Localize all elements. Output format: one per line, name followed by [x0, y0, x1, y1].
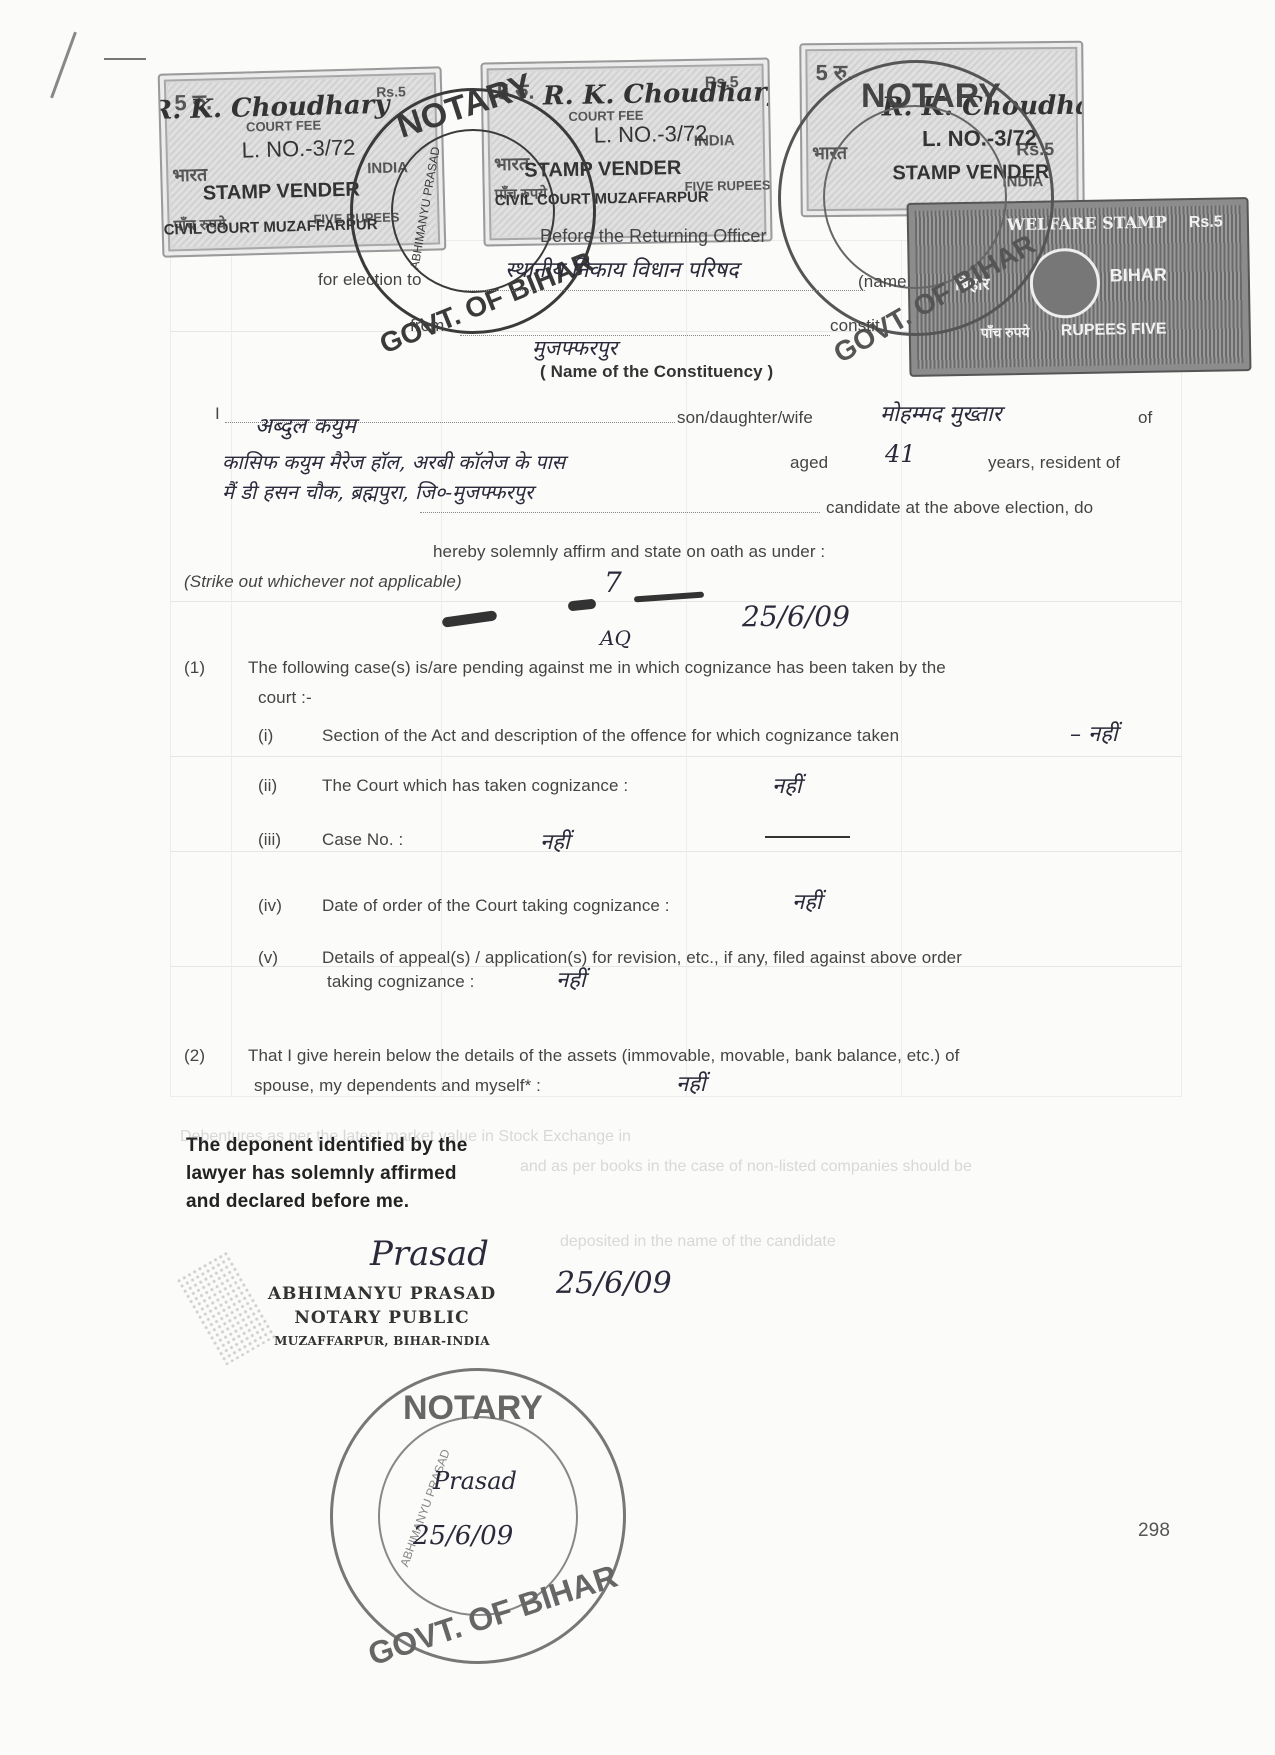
i-label: I [215, 404, 220, 424]
notary-signature: Prasad [370, 1234, 489, 1274]
item-number: (1) [184, 658, 248, 678]
sub-item-v-continued: taking cognizance : [327, 972, 474, 992]
sub-item-i: (i)Section of the Act and description of… [258, 726, 899, 746]
page-number: 298 [1138, 1520, 1170, 1542]
address-line-1: कासिफ कयुम मैरेज हॉल, अरबी कॉलेज के पास [222, 448, 565, 475]
sub-item-v: (v)Details of appeal(s) / application(s)… [258, 948, 962, 968]
strike-note: (Strike out whichever not applicable) [184, 572, 462, 592]
from-field [460, 335, 830, 336]
notary-seal: NOTARY GOVT. OF BIHAR [778, 60, 1054, 336]
from-value: मुजफ्फरपुर [532, 334, 617, 362]
seal-signature: Prasad [433, 1467, 517, 1495]
item-text: The following case(s) is/are pending aga… [248, 658, 946, 677]
answer-ii: नहीं [772, 770, 802, 800]
notary-seal: NOTARY GOVT. OF BIHAR ABHIMANYU PRASAD [350, 88, 596, 334]
deponent-name: अब्दुल कयुम [255, 410, 356, 440]
sub-item-iv: (iv)Date of order of the Court taking co… [258, 896, 670, 916]
pen-stroke [765, 836, 850, 838]
margin-mark [50, 32, 77, 99]
parent-name: मोहम्मद मुख्तार [880, 398, 1002, 428]
bleed-through-text: and as per books in the case of non-list… [520, 1158, 972, 1176]
seal-date: 25/6/09 [413, 1521, 513, 1551]
correction-date: 25/6/09 [742, 600, 850, 633]
election-field [465, 290, 865, 291]
address-line-2: मैं डी हसन चौक, ब्रह्मपुरा, जि०-मुजफ्फरप… [222, 478, 533, 505]
answer-iv: नहीं [792, 886, 822, 916]
answer-iii: नहीं [540, 826, 570, 856]
answer-i: – नहीं [1070, 718, 1118, 748]
notary-seal-bottom: NOTARY GOVT. OF BIHAR ABHIMANYU PRASAD P… [330, 1368, 626, 1664]
margin-mark [104, 58, 146, 60]
sub-item-ii: (ii)The Court which has taken cognizance… [258, 776, 628, 796]
answer-v: नहीं [556, 964, 586, 994]
name-label: (name [858, 272, 907, 292]
constit-label: constit [830, 316, 880, 336]
affirm-line: hereby solemnly affirm and state on oath… [433, 542, 825, 562]
election-label: for election to [318, 270, 422, 290]
notary-name-stamp: ABHIMANYU PRASAD NOTARY PUBLIC MUZAFFARP… [262, 1284, 502, 1348]
item-1: (1)The following case(s) is/are pending … [184, 658, 946, 678]
age-value: 41 [885, 440, 916, 468]
from-label: from [410, 316, 444, 336]
item-2-continued: spouse, my dependents and myself* : [254, 1076, 541, 1096]
sub-item-iii: (iii)Case No. : [258, 830, 403, 850]
item-1-continued: court :- [258, 688, 312, 708]
answer-2: नहीं [676, 1068, 706, 1098]
notary-endorsement: The deponent identified by the lawyer ha… [186, 1132, 468, 1216]
aged-label: aged [790, 453, 828, 473]
of-label: of [1138, 408, 1152, 428]
constituency-caption: ( Name of the Constituency ) [540, 362, 773, 382]
form-heading: Before the Returning Officer [540, 226, 767, 247]
years-label: years, resident of [988, 453, 1120, 473]
bleed-through-text: deposited in the name of the candidate [560, 1233, 836, 1251]
election-value: स्थानीय निकाय विधान परिषद [505, 254, 739, 284]
correction-mark: 7 [604, 566, 622, 599]
notary-date: 25/6/09 [556, 1266, 672, 1301]
item-2: (2)That I give herein below the details … [184, 1046, 960, 1066]
candidate-label: candidate at the above election, do [826, 498, 1093, 518]
relation-label: son/daughter/wife [677, 408, 813, 428]
correction-initials: AQ [600, 626, 631, 650]
address-field [420, 512, 820, 513]
